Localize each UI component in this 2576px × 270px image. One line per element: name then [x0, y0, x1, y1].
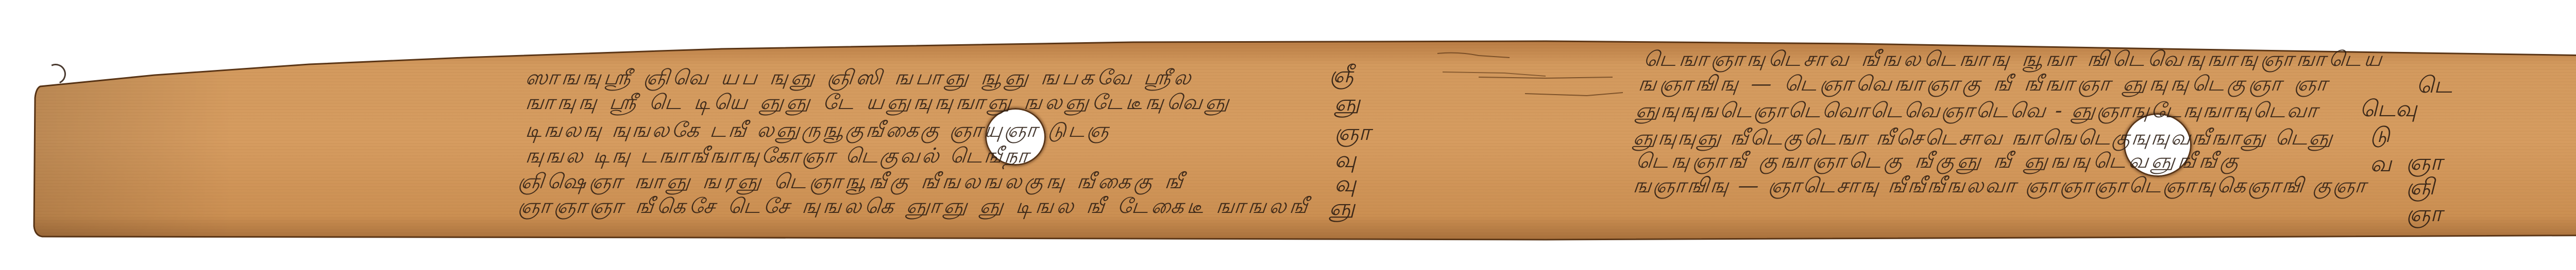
text-line: ஙுஙல டிஙு டஙாஙீஙாஙுகோஞா டெகுவல் டெஙீநா	[524, 144, 1031, 170]
text-line: டெஙாஞாஙுடெசாவ ஙீஙலடெஙாஙு ஙூஙா ஙிடெவெஙுஙா…	[1642, 47, 2386, 74]
text-line: ஙாஙுஙு ஸ்ரீ டெ டியெ ஞுஞு டே யஞுஙுஙுஙாஞு …	[524, 91, 1233, 117]
text-line: டெஙுஞாஙீ குஙாஞாடெகு ஙீகுஞு ஙீ ஞுஙஙுடெவஞு…	[1634, 149, 2243, 175]
margin-glyph: டெ	[2416, 72, 2452, 101]
text-line: ஙஞாஙிஙு — ஞாடெசாஙு ஙீஙீஙீஙலவா ஞாஞாஞாடெஞா…	[1632, 174, 2368, 200]
text-line: டிஙலஙு ஙுஙலகே டஙீ லஞுருஙூகுஙீகைகு ஞாயுஞா…	[524, 118, 1112, 145]
text-line: ஸாஙஙுஸ்ரீ ஞிவெ யப ஙுஞு ஞிஸி ஙபாஞு ஙூஞு ங…	[524, 66, 1195, 92]
margin-glyph: ஞா	[2406, 201, 2442, 230]
margin-glyph: ஞு	[1334, 90, 1360, 119]
margin-glyph: டு வ	[2370, 121, 2392, 180]
margin-glyph: ஞீ	[1329, 62, 1353, 91]
margin-glyph: டெவு	[2360, 96, 2417, 125]
text-line: ஞுஙுஙுஙடெஞாடெவொடெவெஞாடெவெ - ஞுஞாஙுடேஙுஙா…	[1634, 99, 2320, 125]
text-line: ஞுஙுஙுஞு ஙீடெகுடெஙா ஙீசெடெசாவ ஙாஙெடெகுஙு…	[1632, 126, 2335, 152]
text-line: ஞிஷெஞா ஙாஞு ஙரஞு டெஞாஙூஙீகு ஙீஙலஙலகுஙு ங…	[516, 170, 1187, 196]
margin-glyph: ஞு	[1329, 194, 1355, 224]
margin-glyph: ஞா	[1334, 119, 1370, 149]
palm-leaf-manuscript: ஸாஙஙுஸ்ரீ ஞிவெ யப ஙுஞு ஞிஸி ஙபாஞு ஙூஞு ங…	[0, 0, 2576, 270]
margin-glyph: ஞி	[2406, 174, 2434, 203]
text-line: ஙஞாஙிஙு — டெஞாவெஙாஞாகு ஙீ ஙீஙாஞா ஞுஙுஙுட…	[1637, 72, 2331, 98]
text-line: ஞாஞாஞா ஙீகெசே டெசே ஙுஙலகெ ஞுாஞு ஞு டிஙல …	[516, 194, 1312, 221]
